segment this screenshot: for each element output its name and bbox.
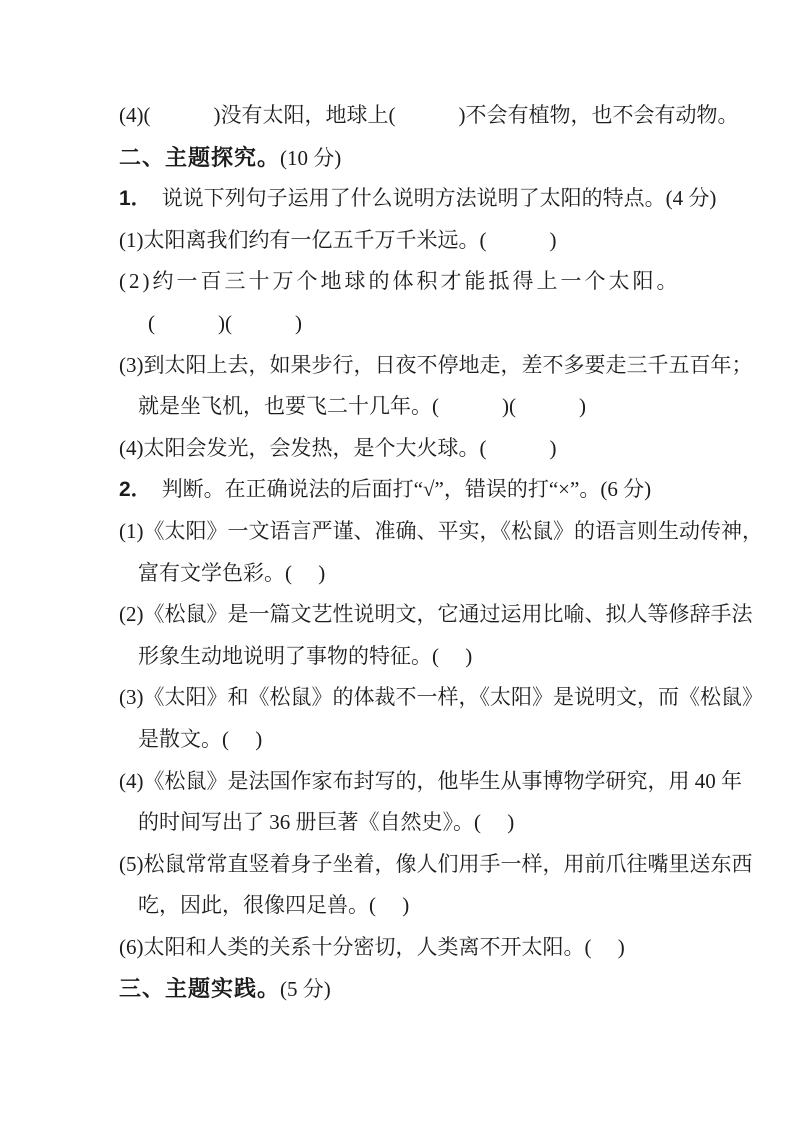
line-text: (4)( )没有太阳，地球上( )不会有植物，也不会有动物。 [119, 103, 738, 127]
line-text: 吃，因此，很像四足兽。( ) [138, 893, 409, 917]
line-text: 的时间写出了 36 册巨著《自然史》。( ) [138, 810, 514, 834]
document-line: (2)《松鼠》是一篇文艺性说明文，它通过运用比喻、拟人等修辞手法 [119, 594, 719, 636]
document-line: 二、主题探究。(10 分) [119, 137, 719, 179]
line-text: 说说下列句子运用了什么说明方法说明了太阳的特点。(4 分) [162, 186, 717, 210]
line-text: (3)《太阳》和《松鼠》的体裁不一样，《太阳》是说明文，而《松鼠》 [119, 685, 763, 709]
document-line: (5)松鼠常常直竖着身子坐着，像人们用手一样，用前爪往嘴里送东西 [119, 844, 719, 886]
document-line: (6)太阳和人类的关系十分密切，人类离不开太阳。( ) [119, 927, 719, 969]
line-text: (3)到太阳上去，如果步行，日夜不停地走，差不多要走三千五百年； [119, 353, 752, 377]
document-line: 的时间写出了 36 册巨著《自然史》。( ) [119, 802, 719, 844]
line-text: 判断。在正确说法的后面打“√”，错误的打“×”。(6 分) [162, 477, 651, 501]
document-line: ( )( ) [119, 303, 719, 345]
document-content: (4)( )没有太阳，地球上( )不会有植物，也不会有动物。 二、主题探究。(1… [119, 95, 719, 1010]
document-line: 富有文学色彩。( ) [119, 553, 719, 595]
document-line: (4)( )没有太阳，地球上( )不会有植物，也不会有动物。 [119, 95, 719, 137]
line-text: (4)太阳会发光，会发热，是个大火球。( ) [119, 436, 556, 460]
document-line: 就是坐飞机，也要飞二十几年。( )( ) [119, 386, 719, 428]
document-line: (2)约一百三十万个地球的体积才能抵得上一个太阳。 [119, 261, 719, 303]
document-line: 吃，因此，很像四足兽。( ) [119, 885, 719, 927]
line-text: 就是坐飞机，也要飞二十几年。( )( ) [138, 394, 586, 418]
line-text: (10 分) [280, 146, 341, 170]
document-line: 2．判断。在正确说法的后面打“√”，错误的打“×”。(6 分) [119, 469, 719, 511]
line-text: (2)约一百三十万个地球的体积才能抵得上一个太阳。 [119, 269, 680, 293]
line-text: (2)《松鼠》是一篇文艺性说明文，它通过运用比喻、拟人等修辞手法 [119, 602, 752, 626]
document-line: (1)《太阳》一文语言严谨、准确、平实，《松鼠》的语言则生动传神， [119, 511, 719, 553]
document-line: (3)到太阳上去，如果步行，日夜不停地走，差不多要走三千五百年； [119, 345, 719, 387]
line-bold-prefix: 1． [119, 187, 152, 210]
document-line: (4)《松鼠》是法国作家布封写的，他毕生从事博物学研究，用 40 年 [119, 761, 719, 803]
document-line: 1．说说下列句子运用了什么说明方法说明了太阳的特点。(4 分) [119, 178, 719, 220]
line-text: (1)《太阳》一文语言严谨、准确、平实，《松鼠》的语言则生动传神， [119, 519, 763, 543]
line-bold-prefix: 二、主题探究。 [119, 145, 280, 170]
line-text: (5 分) [280, 977, 331, 1001]
line-bold-prefix: 2． [119, 478, 152, 501]
document-line: (3)《太阳》和《松鼠》的体裁不一样，《太阳》是说明文，而《松鼠》 [119, 677, 719, 719]
worksheet-page: (4)( )没有太阳，地球上( )不会有植物，也不会有动物。 二、主题探究。(1… [0, 0, 793, 1122]
line-text: (1)太阳离我们约有一亿五千万千米远。( ) [119, 228, 556, 252]
document-line: 三、主题实践。(5 分) [119, 968, 719, 1010]
line-text: 形象生动地说明了事物的特征。( ) [138, 644, 472, 668]
document-line: (4)太阳会发光，会发热，是个大火球。( ) [119, 428, 719, 470]
line-text: ( )( ) [148, 311, 302, 335]
line-text: 是散文。( ) [138, 727, 262, 751]
document-line: 是散文。( ) [119, 719, 719, 761]
line-text: (5)松鼠常常直竖着身子坐着，像人们用手一样，用前爪往嘴里送东西 [119, 852, 752, 876]
document-line: 形象生动地说明了事物的特征。( ) [119, 636, 719, 678]
line-bold-prefix: 三、主题实践。 [119, 976, 280, 1001]
line-text: 富有文学色彩。( ) [138, 561, 325, 585]
document-line: (1)太阳离我们约有一亿五千万千米远。( ) [119, 220, 719, 262]
line-text: (6)太阳和人类的关系十分密切，人类离不开太阳。( ) [119, 935, 625, 959]
line-text: (4)《松鼠》是法国作家布封写的，他毕生从事博物学研究，用 40 年 [119, 769, 742, 793]
